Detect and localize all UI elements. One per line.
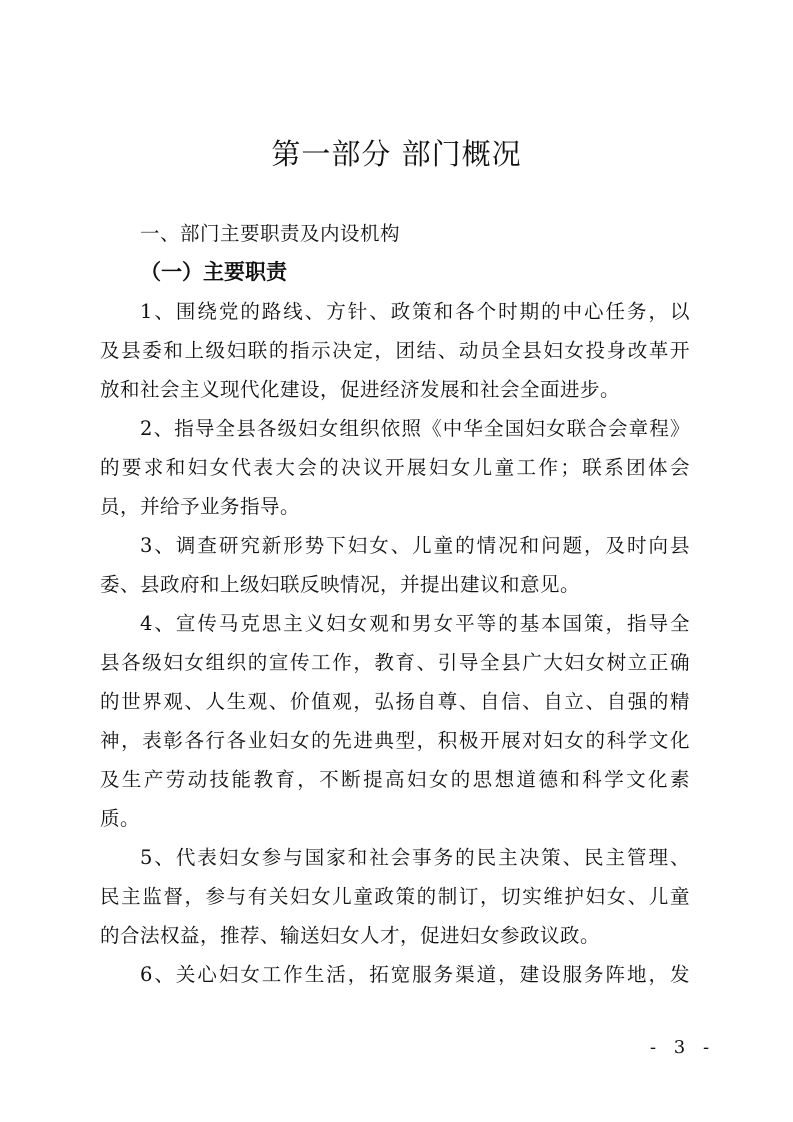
paragraph-4-line-5: 及生产劳动技能教育，不断提高妇女的思想道德和科学文化素 bbox=[100, 764, 690, 792]
paragraph-5-line-2: 民主监督，参与有关妇女儿童政策的制订，切实维护妇女、儿童 bbox=[100, 881, 690, 909]
paragraph-3-line-2: 委、县政府和上级妇联反映情况，并提出建议和意见。 bbox=[100, 569, 690, 597]
subsection-heading: （一）主要职责 bbox=[140, 256, 287, 286]
paragraph-5-line-1: 5、代表妇女参与国家和社会事务的民主决策、民主管理、 bbox=[140, 842, 690, 870]
paragraph-5-line-3: 的合法权益，推荐、输送妇女人才，促进妇女参政议政。 bbox=[100, 920, 690, 948]
paragraph-6-line-1: 6、关心妇女工作生活，拓宽服务渠道，建设服务阵地，发 bbox=[140, 959, 690, 987]
paragraph-1-line-3: 放和社会主义现代化建设，促进经济发展和社会全面进步。 bbox=[100, 374, 690, 402]
page-title: 第一部分 部门概况 bbox=[0, 132, 793, 173]
paragraph-4-line-1: 4、宣传马克思主义妇女观和男女平等的基本国策，指导全 bbox=[140, 608, 690, 636]
paragraph-4-line-4: 神，表彰各行各业妇女的先进典型，积极开展对妇女的科学文化 bbox=[100, 725, 690, 753]
paragraph-4-line-2: 县各级妇女组织的宣传工作，教育、引导全县广大妇女树立正确 bbox=[100, 647, 690, 675]
paragraph-2-line-3: 员，并给予业务指导。 bbox=[100, 491, 690, 519]
page-number: - 3 - bbox=[650, 1037, 715, 1058]
paragraph-1-line-1: 1、围绕党的路线、方针、政策和各个时期的中心任务，以 bbox=[140, 296, 690, 324]
paragraph-4-line-6: 质。 bbox=[100, 803, 690, 831]
paragraph-4-line-3: 的世界观、人生观、价值观，弘扬自尊、自信、自立、自强的精 bbox=[100, 686, 690, 714]
paragraph-3-line-1: 3、调查研究新形势下妇女、儿童的情况和问题，及时向县 bbox=[140, 530, 690, 558]
section-heading: 一、部门主要职责及内设机构 bbox=[140, 218, 400, 246]
paragraph-1-line-2: 及县委和上级妇联的指示决定，团结、动员全县妇女投身改革开 bbox=[100, 335, 690, 363]
paragraph-2-line-1: 2、指导全县各级妇女组织依照《中华全国妇女联合会章程》 bbox=[140, 413, 690, 441]
paragraph-2-line-2: 的要求和妇女代表大会的决议开展妇女儿童工作；联系团体会 bbox=[100, 452, 690, 480]
